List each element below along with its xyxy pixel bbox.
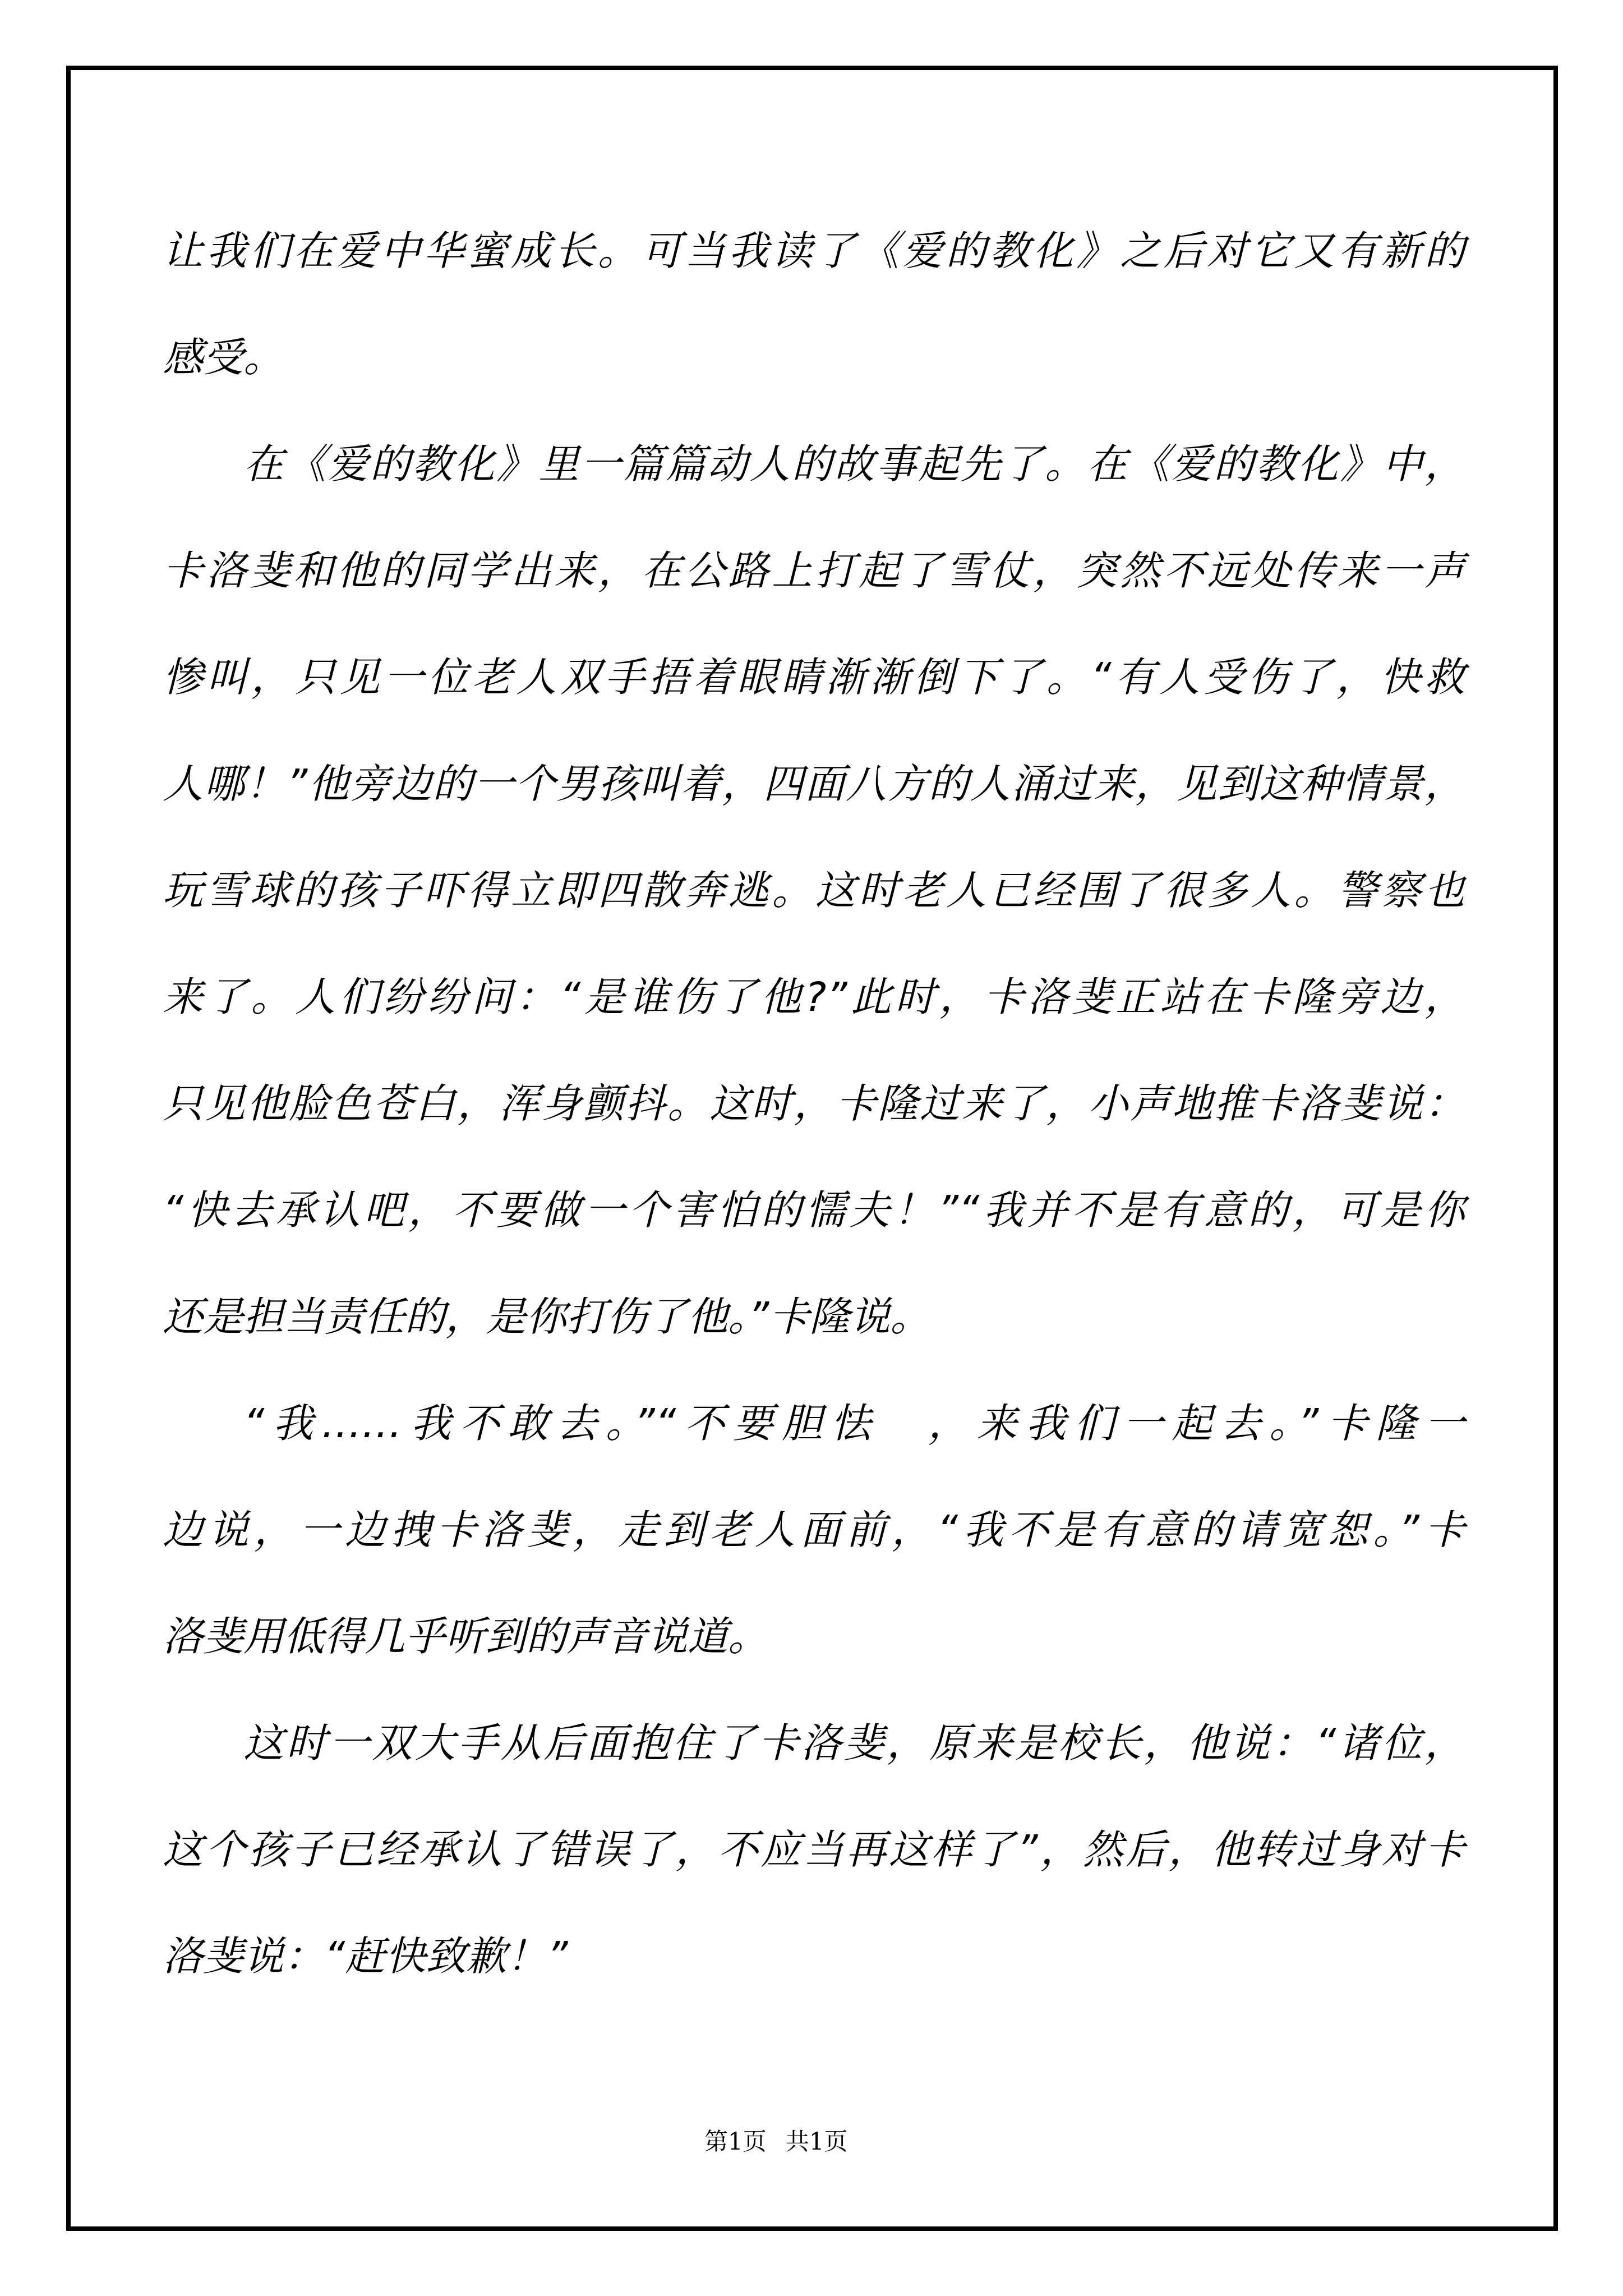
text-line: 在《爱的教化》里一篇篇动人的故事起先了。在《爱的教化》中， bbox=[163, 411, 1465, 517]
text-line: 边说，一边拽卡洛斐，走到老人面前，“我不是有意的请宽恕。”卡 bbox=[163, 1476, 1465, 1583]
text-line: 这个孩子已经承认了错误了，不应当再这样了”，然后，他转过身对卡 bbox=[163, 1796, 1465, 1903]
text-line: 玩雪球的孩子吓得立即四散奔逃。这时老人已经围了很多人。警察也 bbox=[163, 837, 1465, 944]
text-line: 还是担当责任的，是你打伤了他。”卡隆说。 bbox=[163, 1263, 1465, 1370]
text-line: 惨叫，只见一位老人双手捂着眼睛渐渐倒下了。“有人受伤了，快救 bbox=[163, 624, 1465, 730]
text-line: “快去承认吧，不要做一个害怕的懦夫！”“我并不是有意的，可是你 bbox=[163, 1157, 1465, 1263]
text-line: “我……我不敢去。”“不要胆怯 ，来我们一起去。”卡隆一 bbox=[163, 1370, 1465, 1476]
text-line: 人哪！”他旁边的一个男孩叫着，四面八方的人涌过来，见到这种情景， bbox=[163, 730, 1465, 837]
text-line: 感受。 bbox=[163, 304, 1465, 411]
document-text: 让我们在爱中华蜜成长。可当我读了《爱的教化》之后对它又有新的 感受。 在《爱的教… bbox=[163, 197, 1465, 2009]
text-line: 来了。人们纷纷问：“是谁伤了他?”此时，卡洛斐正站在卡隆旁边， bbox=[163, 944, 1465, 1050]
document-page: 让我们在爱中华蜜成长。可当我读了《爱的教化》之后对它又有新的 感受。 在《爱的教… bbox=[0, 0, 1623, 2296]
text-line: 洛斐用低得几乎听到的声音说道。 bbox=[163, 1583, 1465, 1690]
text-line: 只见他脸色苍白，浑身颤抖。这时，卡隆过来了，小声地推卡洛斐说： bbox=[163, 1050, 1465, 1157]
text-line: 让我们在爱中华蜜成长。可当我读了《爱的教化》之后对它又有新的 bbox=[163, 197, 1465, 304]
page-footer: 第1页 共1页 bbox=[704, 2125, 847, 2159]
text-line: 这时一双大手从后面抱住了卡洛斐，原来是校长，他说：“诸位， bbox=[163, 1690, 1465, 1796]
page-count: 共1页 bbox=[786, 2125, 848, 2159]
text-line: 洛斐说：“赶快致歉！” bbox=[163, 1903, 1465, 2009]
text-line: 卡洛斐和他的同学出来，在公路上打起了雪仗，突然不远处传来一声 bbox=[163, 517, 1465, 624]
page-number: 第1页 bbox=[704, 2125, 767, 2159]
